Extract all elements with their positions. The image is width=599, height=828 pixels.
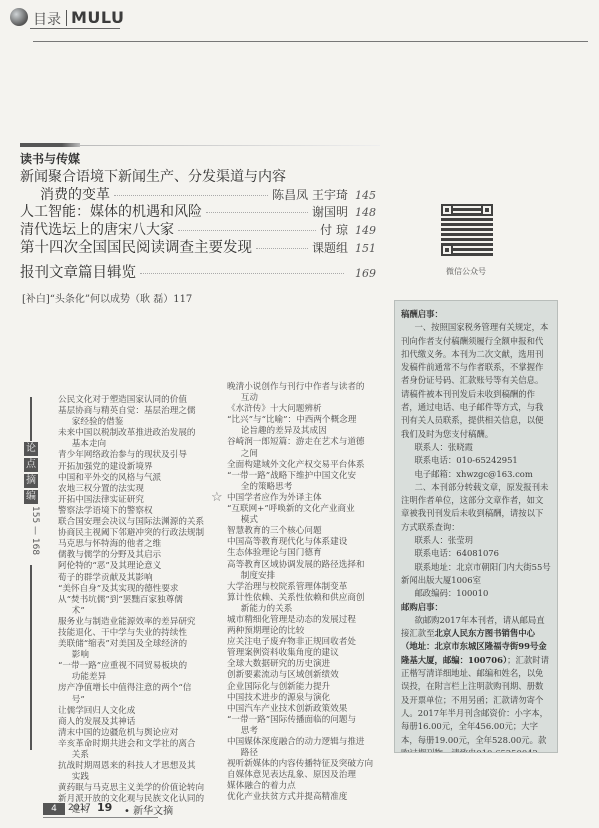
list-item[interactable]: 儒教与儒学的分野及其启示 [58, 550, 204, 561]
header-divider [66, 10, 67, 26]
toc-title: 报刊文章篇目辑览 [20, 261, 136, 282]
toc-title: 第十四次全国国民阅读调查主要发现 [20, 236, 252, 257]
list-item[interactable]: 中国学者应作为外译主体 [227, 493, 373, 504]
toc-page: 151 [352, 242, 376, 255]
list-item[interactable]: 模式 [227, 515, 373, 526]
qr-finder-icon [441, 204, 453, 216]
globe-logo-icon [10, 8, 28, 26]
list-item[interactable]: 实践 [58, 772, 204, 783]
toc-title: 人工智能：媒体的机遇和风险 [20, 201, 202, 221]
list-item[interactable]: 中国媒体深度融合的动力逻辑与推进 [227, 737, 373, 748]
list-item[interactable]: 算计性依赖、关系性依赖和供应商创 [227, 593, 373, 604]
list-item[interactable]: “比兴”与“比喻”：中西两个概念理 [227, 415, 373, 426]
toc-entry[interactable]: 第十四次全国国民阅读调查主要发现 课题组 151 [20, 236, 376, 257]
notice-para-1: 一、按照国家税务管理有关规定，本刊向作者支付稿酬须履行全额申报和代扣代缴义务。本… [401, 321, 551, 441]
notice-contact-2: 联系人：张莹玥 [401, 534, 551, 547]
list-item[interactable]: 辛亥革命时期共进会和文学社的离合 [58, 739, 204, 750]
list-item[interactable]: 城市精细化管理是动态的发展过程 [227, 615, 373, 626]
notice-box: 稿酬启事： 一、按照国家税务管理有关规定，本刊向作者支付稿酬须履行全额申报和代扣… [394, 300, 558, 753]
list-item[interactable]: 技能退化、干中学与失业的持续性 [58, 628, 204, 639]
header-underline [30, 28, 120, 29]
toc-author: 课题组 [312, 239, 348, 256]
list-item[interactable]: 中国汽车产业技术创新政策效果 [227, 704, 373, 715]
list-item[interactable]: 互动 [227, 393, 373, 404]
header-title-en: MULU [71, 8, 125, 27]
list-item[interactable]: 智慧教育的三个核心问题 [227, 526, 373, 537]
list-item[interactable]: “一带一路”国际传播面临的问题与 [227, 715, 373, 726]
list-item[interactable]: 公民文化对于塑造国家认同的价值 [58, 395, 204, 406]
list-item[interactable]: 中国高等教育现代化与体系建设 [227, 537, 373, 548]
list-item[interactable]: 生态体验理论与国门德育 [227, 548, 373, 559]
notice-heading-royalty: 稿酬启事： [401, 308, 551, 321]
list-item[interactable]: 优化产业扶贫方式并提高精准度 [227, 792, 373, 803]
leader-dots [178, 229, 316, 231]
section-bar-fade [80, 145, 380, 146]
toc-author: 谢国明 [312, 203, 348, 220]
list-item[interactable]: 之间 [227, 449, 373, 460]
notice-postcode-2: 邮政编码：100010 [401, 587, 551, 600]
list-item[interactable]: 全球大数据研究的历史演进 [227, 659, 373, 670]
list-item[interactable]: 未来中国以税制改革推进政治发展的 [58, 428, 204, 439]
rail-line-top [30, 397, 32, 441]
list-item[interactable]: 房产净值增长中值得注意的两个“信 [58, 683, 204, 694]
list-item[interactable]: 管理案例资料收集角度的建议 [227, 648, 373, 659]
list-item[interactable]: 《水浒传》十大问题辨析 [227, 404, 373, 415]
wechat-qr-code [441, 204, 493, 256]
leader-dots [114, 194, 268, 196]
list-item[interactable]: “一带一路”战略下维护中国文化安 [227, 471, 373, 482]
supplement-note: [补白]“头条化”何以成势（耿 磊）117 [22, 290, 192, 305]
list-item[interactable]: 商人的发展及其神话 [58, 717, 204, 728]
list-item[interactable]: 自媒体意见表达乱象、原因及治理 [227, 770, 373, 781]
toc-entry[interactable]: 报刊文章篇目辑览 169 [20, 261, 376, 282]
toc-page: 169 [352, 267, 376, 280]
list-item[interactable]: 警察法学语境下的警察权 [58, 506, 204, 517]
list-item[interactable]: 抗战时期周恩来的科技人才思想及其 [58, 761, 204, 772]
rail-char: 论 [24, 442, 38, 456]
list-item[interactable]: “一带一路”应重视不同贸易板块的 [58, 661, 204, 672]
notice-heading-mailorder: 邮购启事： [401, 601, 551, 614]
list-item[interactable]: 新能力的关系 [227, 604, 373, 615]
list-item[interactable]: 创新要素流动与区域创新绩效 [227, 670, 373, 681]
list-item[interactable]: 联合国安理会决议与国际法渊源的关系 [58, 517, 204, 528]
star-icon: ☆ [211, 490, 223, 505]
list-item[interactable]: 关系 [58, 750, 204, 761]
list-item[interactable]: 影响 [58, 650, 204, 661]
list-item[interactable]: 功能差异 [58, 672, 204, 683]
footer-rule [43, 817, 158, 818]
list-item[interactable]: 开拓中国法律实证研究 [58, 495, 204, 506]
notice-address-2: 联系地址：北京市朝阳门内大街55号新闻出版大厦1006室 [401, 561, 551, 588]
toc-entry[interactable]: 新闻聚合语境下新闻生产、分发渠道与内容 [20, 166, 376, 186]
list-item[interactable]: 家经验的借鉴 [58, 417, 204, 428]
list-item[interactable]: 荀子的群学贡献及其影响 [58, 573, 204, 584]
footer-page-number: 4 [43, 803, 65, 815]
list-item[interactable]: 协商民主视阈下邻避冲突的行政法规制 [58, 528, 204, 539]
list-item[interactable]: 从“焚书坑儒”到“罢黜百家独尊儒 [58, 595, 204, 606]
list-item[interactable]: 媒体融合的着力点 [227, 781, 373, 792]
list-item[interactable]: 基层协商与精英自觉：基层治理之儒 [58, 406, 204, 417]
toc-page: 148 [352, 206, 376, 219]
list-item[interactable]: 美联储“缩表”对美国及全球经济的 [58, 639, 204, 650]
list-item[interactable]: 制度安排 [227, 571, 373, 582]
list-item[interactable]: 两种预期理论的比较 [227, 626, 373, 637]
qr-finder-icon [481, 204, 493, 216]
toc-entry[interactable]: 人工智能：媒体的机遇和风险 谢国明 148 [20, 201, 376, 221]
list-item[interactable]: 中国和平外交的风格与气派 [58, 473, 204, 484]
notice-phone-1: 联系电话：010-65242951 [401, 454, 551, 467]
rail-char: 编 [24, 490, 38, 504]
list-item[interactable]: “美怀自身”及其实现的德性要求 [58, 584, 204, 595]
section-title: 读书与传媒 [20, 150, 80, 167]
list-item[interactable]: 中国技术进步的源泉与演化 [227, 693, 373, 704]
list-item[interactable]: 马克思与怀特海的他者之维 [58, 539, 204, 550]
list-item[interactable]: 农地三权分置的法实现 [58, 484, 204, 495]
list-item[interactable]: 青少年网络政治参与的现状及引导 [58, 450, 204, 461]
list-item[interactable]: 谷崎润一郎短篇：游走在艺术与道德 [227, 437, 373, 448]
qr-finder-icon [441, 244, 453, 256]
header-title-cn: 目录 [33, 9, 61, 29]
leader-dots [140, 272, 344, 274]
toc-title: 新闻聚合语境下新闻生产、分发渠道与内容 [20, 166, 286, 186]
list-item[interactable]: 号” [58, 695, 204, 706]
list-item[interactable]: 视听新媒体的内容传播特征及突破方向 [227, 759, 373, 770]
list-item[interactable]: 服务业与制造业能源效率的差异研究 [58, 617, 204, 628]
list-item[interactable]: 让儒学回归人文化成 [58, 706, 204, 717]
section-bar [20, 143, 80, 147]
list-item[interactable]: “互联网+”呼唤新的文化产业商业 [227, 504, 373, 515]
list-item[interactable]: 阿伦特的“恶”及其理论意义 [58, 561, 204, 572]
footer-issue: 19 [97, 801, 112, 814]
rail-char: 点 [24, 458, 38, 472]
list-item[interactable]: 论旨趣的差异及其成因 [227, 426, 373, 437]
list-item[interactable]: 黄药眠与马克思主义美学的价值论转向 [58, 783, 204, 794]
footer-year: 2017 [68, 803, 91, 813]
list-item[interactable]: 全的策略思考 [227, 482, 373, 493]
notice-para-2: 二、本刊部分转载文章，原发报刊未注明作者单位，这部分文章作者，如文章被我刊刊发后… [401, 481, 551, 534]
list-item[interactable]: 晚清小说创作与刊行中作者与读者的 [227, 382, 373, 393]
qr-label: 微信公众号 [446, 266, 486, 277]
leader-dots [206, 211, 308, 213]
notice-para-3: 欲邮购2017年本刊者，请从邮局直接汇款至北京人民东方图书销售中心（地址：北京市… [401, 614, 551, 753]
list-item[interactable]: 高等教育区域协调发展的路径选择和 [227, 560, 373, 571]
list-item[interactable]: 基本走向 [58, 439, 204, 450]
article-list-middle: 晚清小说创作与刊行中作者与读者的互动《水浒传》十大问题辨析“比兴”与“比喻”：中… [227, 382, 373, 804]
list-item[interactable]: 思考 [227, 726, 373, 737]
rail-char: 摘 [24, 474, 38, 488]
rail-page-range: 155 — 168 [22, 506, 40, 555]
notice-email-1: 电子邮箱：xhwzgc@163.com [401, 468, 551, 481]
list-item[interactable]: 术” [58, 606, 204, 617]
notice-phone-2: 联系电话：64081076 [401, 547, 551, 560]
list-item[interactable]: 全面构建域外文化产权交易平台体系 [227, 460, 373, 471]
rail-line-bottom [30, 565, 32, 750]
list-item[interactable]: 应关注电子废弃物非正规回收者处 [227, 637, 373, 648]
notice-text: ；汇款时请正楷写清详细地址、邮编和姓名，以免误投，在附言栏上注明款购刊期、册数及… [401, 655, 549, 753]
leader-dots [256, 247, 308, 249]
notice-contact-1: 联系人：张晓霞 [401, 441, 551, 454]
list-item[interactable]: 清末中国的边疆危机与舆论应对 [58, 728, 204, 739]
list-item[interactable]: 大学治理与校院系管理体制变革 [227, 582, 373, 593]
list-item[interactable]: 开拓加强党的建设新境界 [58, 462, 204, 473]
list-item[interactable]: 路径 [227, 748, 373, 759]
article-list-left: 公民文化对于塑造国家认同的价值基层协商与精英自觉：基层治理之儒家经验的借鉴未来中… [58, 395, 204, 817]
list-item[interactable]: 企业国际化与创新能力提升 [227, 682, 373, 693]
footer-magazine: • 新华文摘 [124, 802, 173, 817]
header-rule [33, 41, 588, 42]
